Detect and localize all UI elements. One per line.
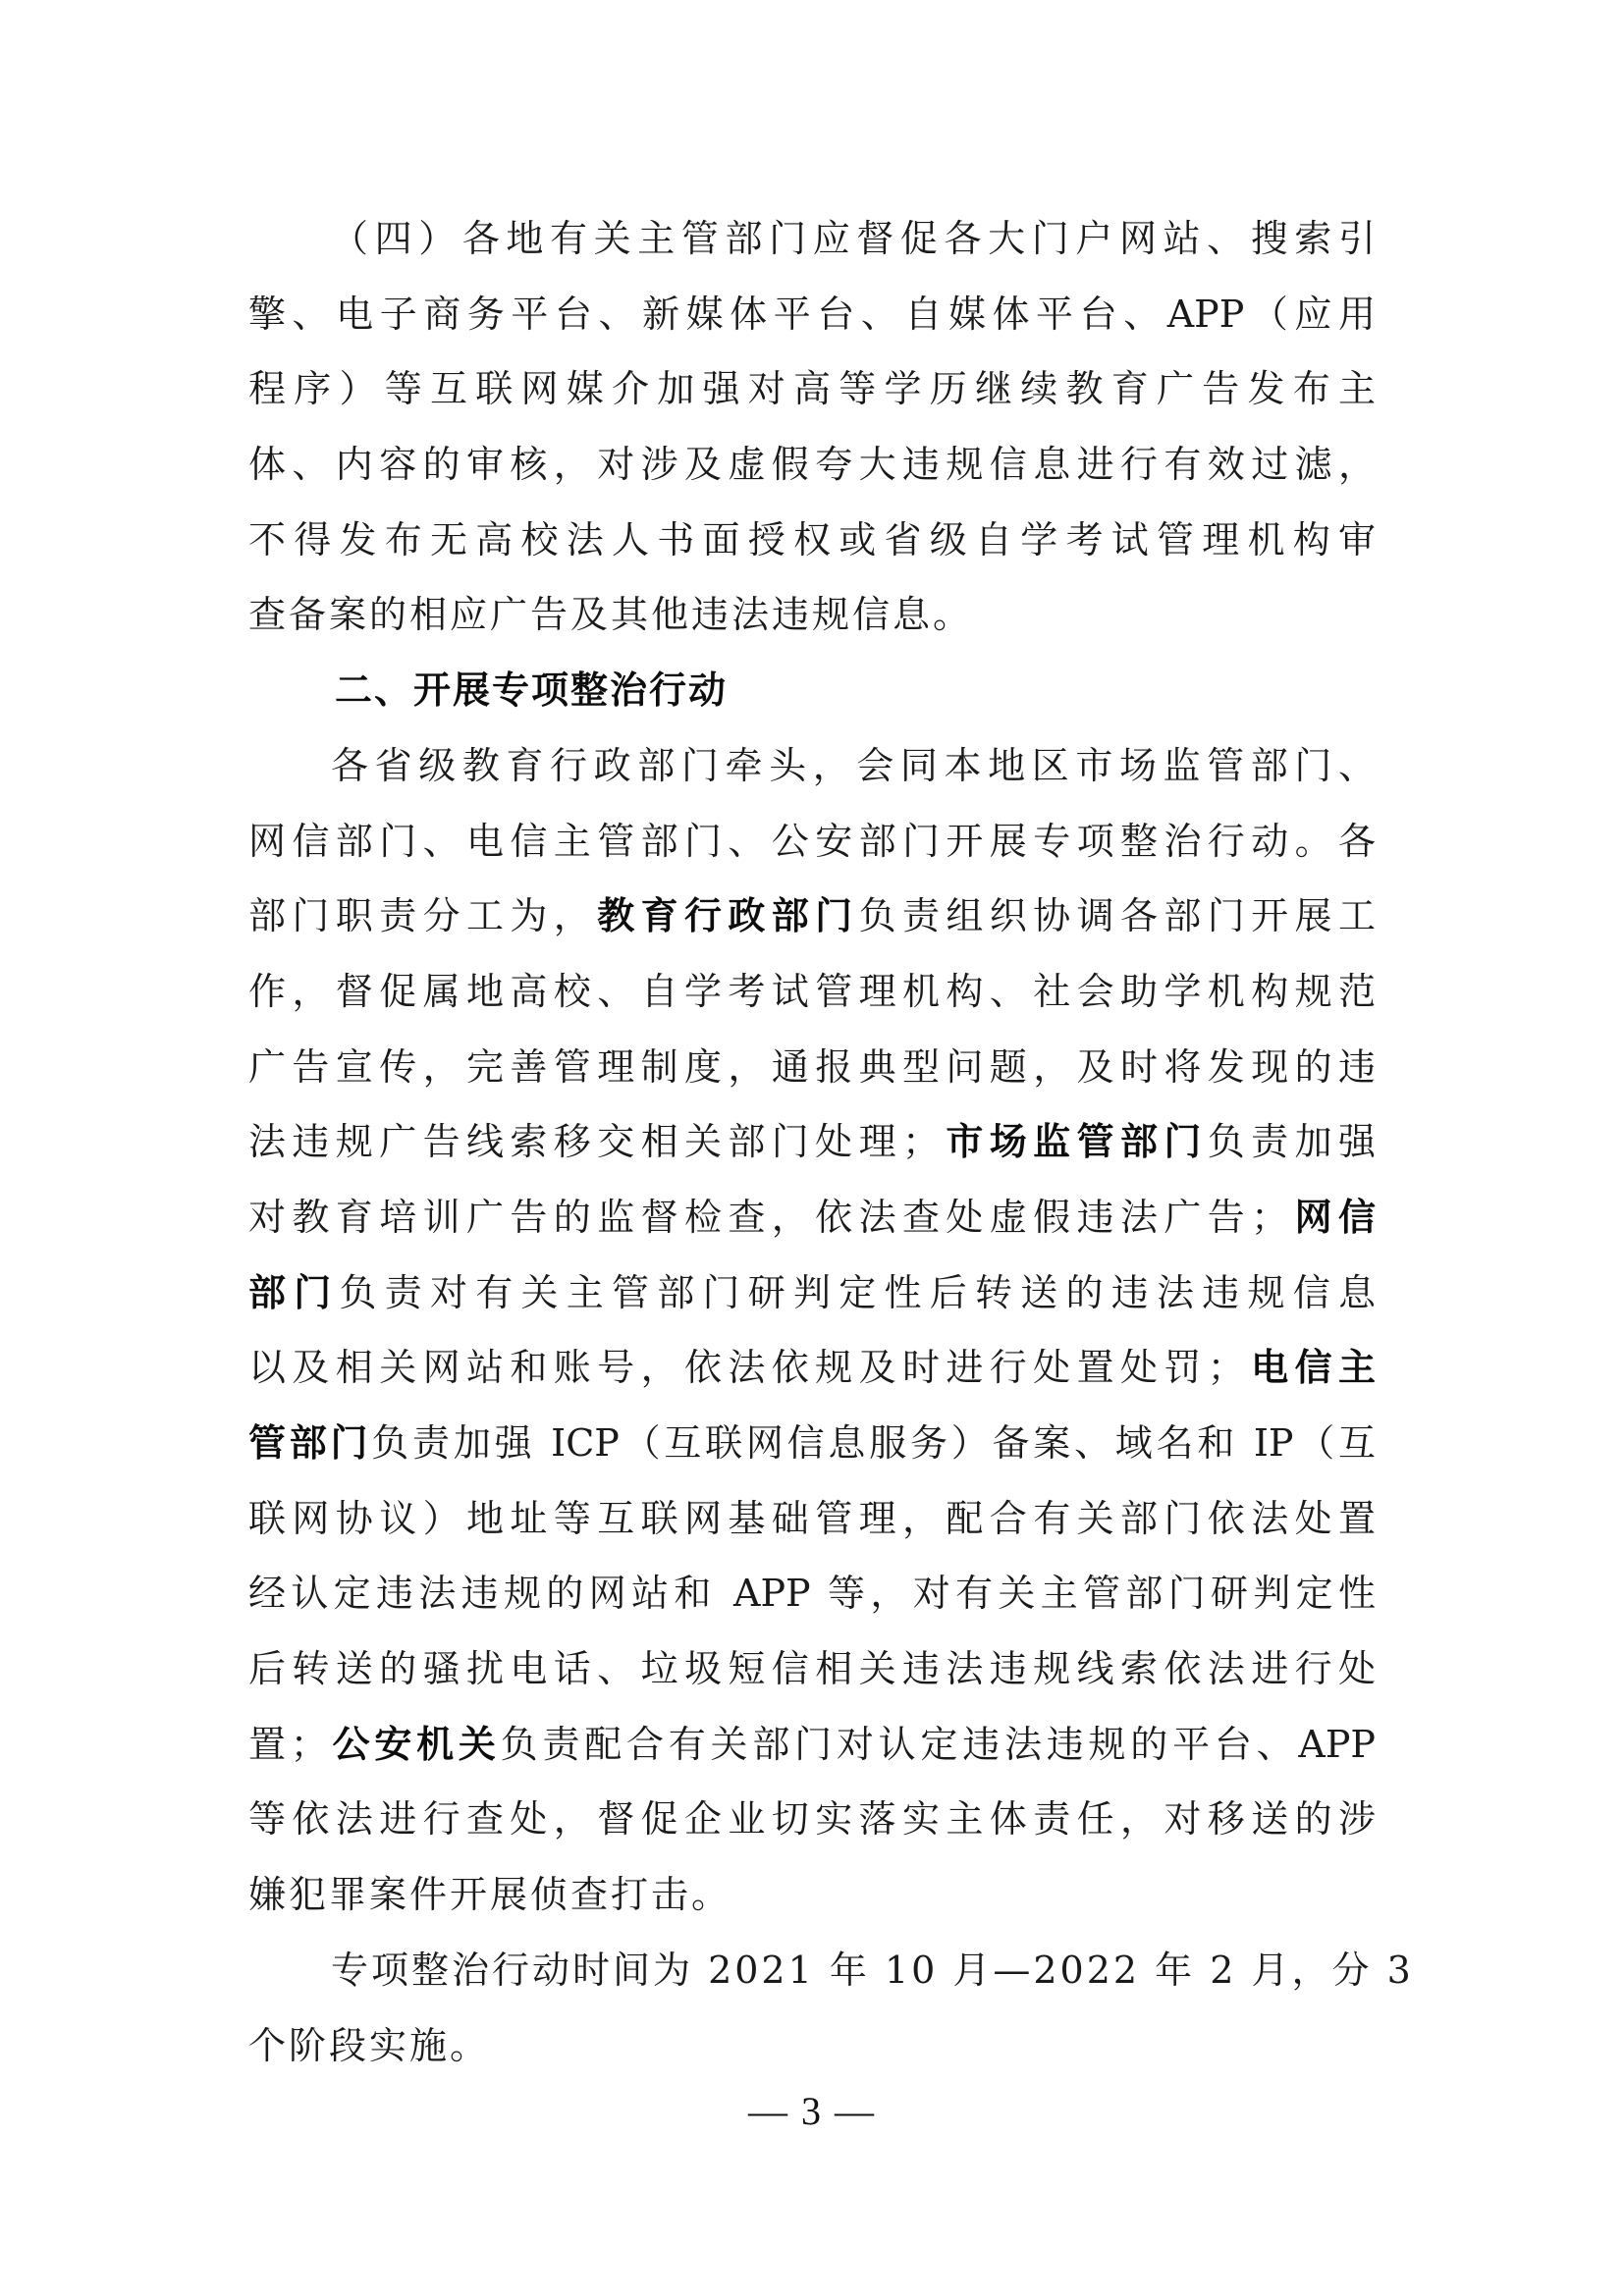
text-segment: 体、内容的审核，对涉及虚假夸大违规信息进行有效过滤， — [248, 443, 1376, 486]
text-line: 部门职责分工为，教育行政部门负责组织协调各部门开展工 — [248, 879, 1376, 954]
bold-term: 部门 — [248, 1271, 340, 1314]
text-line: 体、内容的审核，对涉及虚假夸大违规信息进行有效过滤， — [248, 427, 1376, 503]
text-line: 各省级教育行政部门牵头，会同本地区市场监管部门、 — [248, 728, 1376, 804]
text-line: 管部门负责加强 ICP（互联网信息服务）备案、域名和 IP（互 — [248, 1406, 1376, 1481]
text-segment: 负责加强 ICP（互联网信息服务）备案、域名和 IP（互 — [371, 1421, 1376, 1465]
text-segment: 作，督促属地高校、自学考试管理机构、社会助学机构规范 — [248, 970, 1376, 1013]
text-segment: 对教育培训广告的监督检查，依法查处虚假违法广告； — [248, 1196, 1288, 1239]
text-line: 部门负责对有关主管部门研判定性后转送的违法违规信息 — [248, 1255, 1376, 1331]
text-segment: 负责组织协调各部门开展工 — [859, 894, 1376, 937]
section-heading: 二、开展专项整治行动 — [248, 653, 1376, 728]
text-segment: （四）各地有关主管部门应督促各大门户网站、搜索引 — [331, 217, 1376, 260]
text-segment: 负责加强 — [1208, 1120, 1376, 1163]
text-line: 个阶段实施。 — [248, 2008, 1376, 2084]
text-line: 联网协议）地址等互联网基础管理，配合有关部门依法处置 — [248, 1481, 1376, 1557]
text-line: 广告宣传，完善管理制度，通报典型问题，及时将发现的违 — [248, 1030, 1376, 1105]
document-body: （四）各地有关主管部门应督促各大门户网站、搜索引擎、电子商务平台、新媒体平台、自… — [248, 201, 1376, 2083]
text-line: 置；公安机关负责配合有关部门对认定违法违规的平台、APP — [248, 1707, 1376, 1783]
text-line: 不得发布无高校法人书面授权或省级自学考试管理机构审 — [248, 503, 1376, 578]
bold-term: 市场监管部门 — [940, 1120, 1208, 1163]
text-segment: 个阶段实施。 — [248, 2024, 490, 2067]
text-segment: 广告宣传，完善管理制度，通报典型问题，及时将发现的违 — [248, 1045, 1376, 1089]
bold-term: 管部门 — [248, 1421, 371, 1465]
text-line: 对教育培训广告的监督检查，依法查处虚假违法广告；网信 — [248, 1180, 1376, 1255]
text-segment: 负责配合有关部门对认定违法违规的平台、APP — [501, 1723, 1376, 1766]
text-segment: 嫌犯罪案件开展侦查打击。 — [248, 1873, 731, 1916]
text-segment: 专项整治行动时间为 2021 年 10 月—2022 年 2 月，分 3 — [331, 1949, 1414, 1992]
text-segment: 各省级教育行政部门牵头，会同本地区市场监管部门、 — [331, 744, 1376, 787]
text-segment: 查备案的相应广告及其他违法违规信息。 — [248, 593, 973, 636]
text-line: 查备案的相应广告及其他违法违规信息。 — [248, 577, 1376, 653]
text-segment: 等依法进行查处，督促企业切实落实主体责任，对移送的涉 — [248, 1797, 1376, 1841]
text-line: 后转送的骚扰电话、垃圾短信相关违法违规线索依法进行处 — [248, 1631, 1376, 1707]
text-segment: 经认定违法违规的网站和 APP 等，对有关主管部门研判定性 — [248, 1572, 1376, 1615]
text-line: 专项整治行动时间为 2021 年 10 月—2022 年 2 月，分 3 — [248, 1933, 1376, 2008]
text-line: 嫌犯罪案件开展侦查打击。 — [248, 1857, 1376, 1933]
text-segment: 联网协议）地址等互联网基础管理，配合有关部门依法处置 — [248, 1497, 1376, 1540]
text-line: 网信部门、电信主管部门、公安部门开展专项整治行动。各 — [248, 804, 1376, 880]
text-segment: 不得发布无高校法人书面授权或省级自学考试管理机构审 — [248, 518, 1376, 561]
text-line: 程序）等互联网媒介加强对高等学历继续教育广告发布主 — [248, 351, 1376, 427]
text-segment: 程序）等互联网媒介加强对高等学历继续教育广告发布主 — [248, 367, 1376, 410]
text-segment: 网信部门、电信主管部门、公安部门开展专项整治行动。各 — [248, 820, 1376, 863]
text-segment: 部门职责分工为， — [248, 894, 597, 937]
document-page: （四）各地有关主管部门应督促各大门户网站、搜索引擎、电子商务平台、新媒体平台、自… — [0, 0, 1624, 2296]
text-line: （四）各地有关主管部门应督促各大门户网站、搜索引 — [248, 201, 1376, 277]
text-segment: 后转送的骚扰电话、垃圾短信相关违法违规线索依法进行处 — [248, 1647, 1376, 1690]
text-line: 作，督促属地高校、自学考试管理机构、社会助学机构规范 — [248, 954, 1376, 1030]
text-segment: 擎、电子商务平台、新媒体平台、自媒体平台、APP（应用 — [248, 293, 1376, 336]
text-line: 以及相关网站和账号，依法依规及时进行处置处罚；电信主 — [248, 1330, 1376, 1406]
text-segment: 置； — [248, 1723, 328, 1766]
text-line: 经认定违法违规的网站和 APP 等，对有关主管部门研判定性 — [248, 1556, 1376, 1631]
text-line: 擎、电子商务平台、新媒体平台、自媒体平台、APP（应用 — [248, 277, 1376, 352]
text-segment: 负责对有关主管部门研判定性后转送的违法违规信息 — [340, 1271, 1376, 1314]
bold-term: 网信 — [1288, 1196, 1376, 1239]
text-line: 法违规广告线索移交相关部门处理；市场监管部门负责加强 — [248, 1104, 1376, 1180]
text-segment: 法违规广告线索移交相关部门处理； — [248, 1120, 940, 1163]
page-number: — 3 — — [0, 2087, 1624, 2136]
bold-term: 公安机关 — [328, 1723, 501, 1766]
text-line: 等依法进行查处，督促企业切实落实主体责任，对移送的涉 — [248, 1782, 1376, 1857]
bold-term: 教育行政部门 — [597, 894, 858, 937]
bold-term: 电信主 — [1245, 1346, 1376, 1389]
bold-term: 二、开展专项整治行动 — [335, 668, 728, 712]
text-segment: 以及相关网站和账号，依法依规及时进行处置处罚； — [248, 1346, 1245, 1389]
